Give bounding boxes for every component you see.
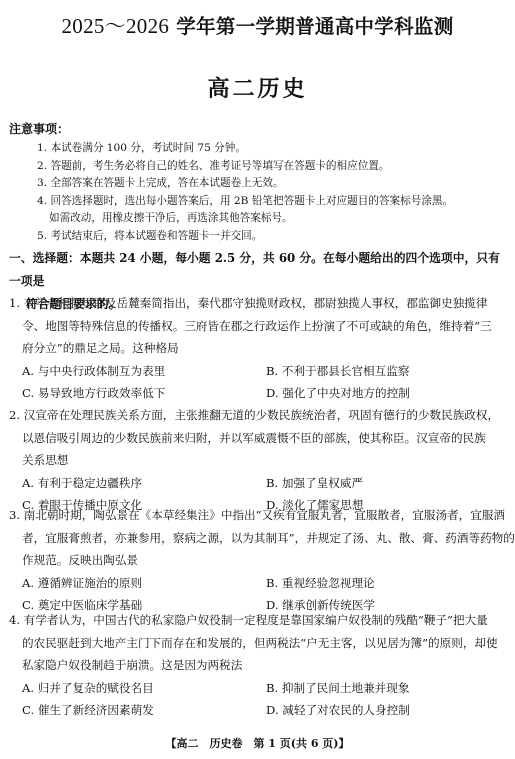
option-c: C. 催生了新经济因素萌发 — [22, 699, 266, 722]
question-stem-line: 3. 南北朝时期，陶弘景在《本草经集注》中指出“又疾有宜服丸者，宜服散者，宜服汤… — [9, 504, 501, 527]
notice-item: 4. 回答选择题时，选出每小题答案后，用 2B 铅笔把答题卡上对应题目的答案标号… — [37, 193, 507, 211]
option-a: A. 有利于稳定边疆秩序 — [22, 472, 266, 495]
question-stem-line: 1. 有学者根据里耶及岳麓秦简指出，秦代郡守独揽财政权，郡尉独揽人事权，郡监御史… — [9, 292, 501, 315]
option-b: B. 加强了皇权威严 — [266, 472, 510, 495]
notice-item: 1. 本试卷满分 100 分，考试时间 75 分钟。 — [37, 140, 507, 158]
option-d: D. 减轻了对农民的人身控制 — [266, 699, 510, 722]
notice-item: 3. 全部答案在答题卡上完成，答在本试题卷上无效。 — [37, 175, 507, 193]
option-d: D. 强化了中央对地方的控制 — [266, 382, 510, 405]
question-options: A. 与中央行政体制互为表里 B. 不利于郡县长官相互监察 C. 易导致地方行政… — [9, 360, 501, 405]
question-stem-line: 2. 汉宣帝在处理民族关系方面，主张推翻无道的少数民族统治者，巩固有德行的少数民… — [9, 404, 501, 427]
question-2: 2. 汉宣帝在处理民族关系方面，主张推翻无道的少数民族统治者，巩固有德行的少数民… — [9, 404, 501, 517]
notice-item: 2. 答题前，考生务必将自己的姓名、准考证号等填写在答题卡的相应位置。 — [37, 158, 507, 176]
notice-heading: 注意事项： — [9, 120, 69, 137]
question-stem-line: 关系思想 — [9, 449, 501, 472]
question-stem-line: 4. 有学者认为，中国古代的私家隐户奴役制一定程度是靠国家编户奴役制的残酷“鞭子… — [9, 609, 501, 632]
question-options: A. 归并了复杂的赋役名目 B. 抑制了民间土地兼并现象 C. 催生了新经济因素… — [9, 677, 501, 722]
option-b: B. 不利于郡县长官相互监察 — [266, 360, 510, 383]
exam-title: 2025～2026 学年第一学期普通高中学科监测 — [0, 10, 515, 40]
exam-subtitle: 高二历史 — [0, 72, 515, 103]
exam-title-text: 学年第一学期普通高中学科监测 — [176, 15, 453, 38]
option-a: A. 与中央行政体制互为表里 — [22, 360, 266, 383]
question-1: 1. 有学者根据里耶及岳麓秦简指出，秦代郡守独揽财政权，郡尉独揽人事权，郡监御史… — [9, 292, 501, 405]
question-4: 4. 有学者认为，中国古代的私家隐户奴役制一定程度是靠国家编户奴役制的残酷“鞭子… — [9, 609, 501, 722]
question-stem-line: 者，宜服膏煎者，亦兼参用，察病之源，以为其制耳”，并规定了汤、丸、散、膏、药酒等… — [9, 527, 501, 550]
exam-title-years: 2025～2026 — [62, 14, 170, 38]
option-b: B. 抑制了民间土地兼并现象 — [266, 677, 510, 700]
question-3: 3. 南北朝时期，陶弘景在《本草经集注》中指出“又疾有宜服丸者，宜服散者，宜服汤… — [9, 504, 501, 617]
question-stem-line: 私家隐户奴役制趋于崩溃。这是因为两税法 — [9, 654, 501, 677]
page-footer: 【高二 历史卷 第 1 页(共 6 页)】 — [0, 735, 515, 751]
question-stem-line: 以恩信吸引周边的少数民族前来归附，并以军威震慑不臣的部族，使其称臣。汉宣帝的民族 — [9, 427, 501, 450]
question-stem-line: 府分立”的鼎足之局。这种格局 — [9, 337, 501, 360]
notice-item-continuation: 如需改动，用橡皮擦干净后，再选涂其他答案标号。 — [37, 210, 507, 228]
section-heading-line: 一、选择题：本题共 24 小题，每小题 2.5 分，共 60 分。在每小题给出的… — [9, 247, 509, 293]
question-stem-line: 的农民驱赶到大地产主门下而存在和发展的，但两税法“户无主客，以见居为簿”的原则，… — [9, 632, 501, 655]
option-c: C. 易导致地方行政效率低下 — [22, 382, 266, 405]
option-a: A. 遵循辨证施治的原则 — [22, 572, 266, 595]
question-stem-line: 令、地图等特殊信息的传播权。三府皆在郡之行政运作上扮演了不可或缺的角色，维持着“… — [9, 315, 501, 338]
option-b: B. 重视经验忽视理论 — [266, 572, 510, 595]
notice-item: 5. 考试结束后，将本试题卷和答题卡一并交回。 — [37, 228, 507, 246]
notice-list: 1. 本试卷满分 100 分，考试时间 75 分钟。 2. 答题前，考生务必将自… — [37, 140, 507, 246]
option-a: A. 归并了复杂的赋役名目 — [22, 677, 266, 700]
question-stem-line: 作规范。反映出陶弘景 — [9, 549, 501, 572]
exam-page: 2025～2026 学年第一学期普通高中学科监测 高二历史 注意事项： 1. 本… — [0, 0, 515, 759]
